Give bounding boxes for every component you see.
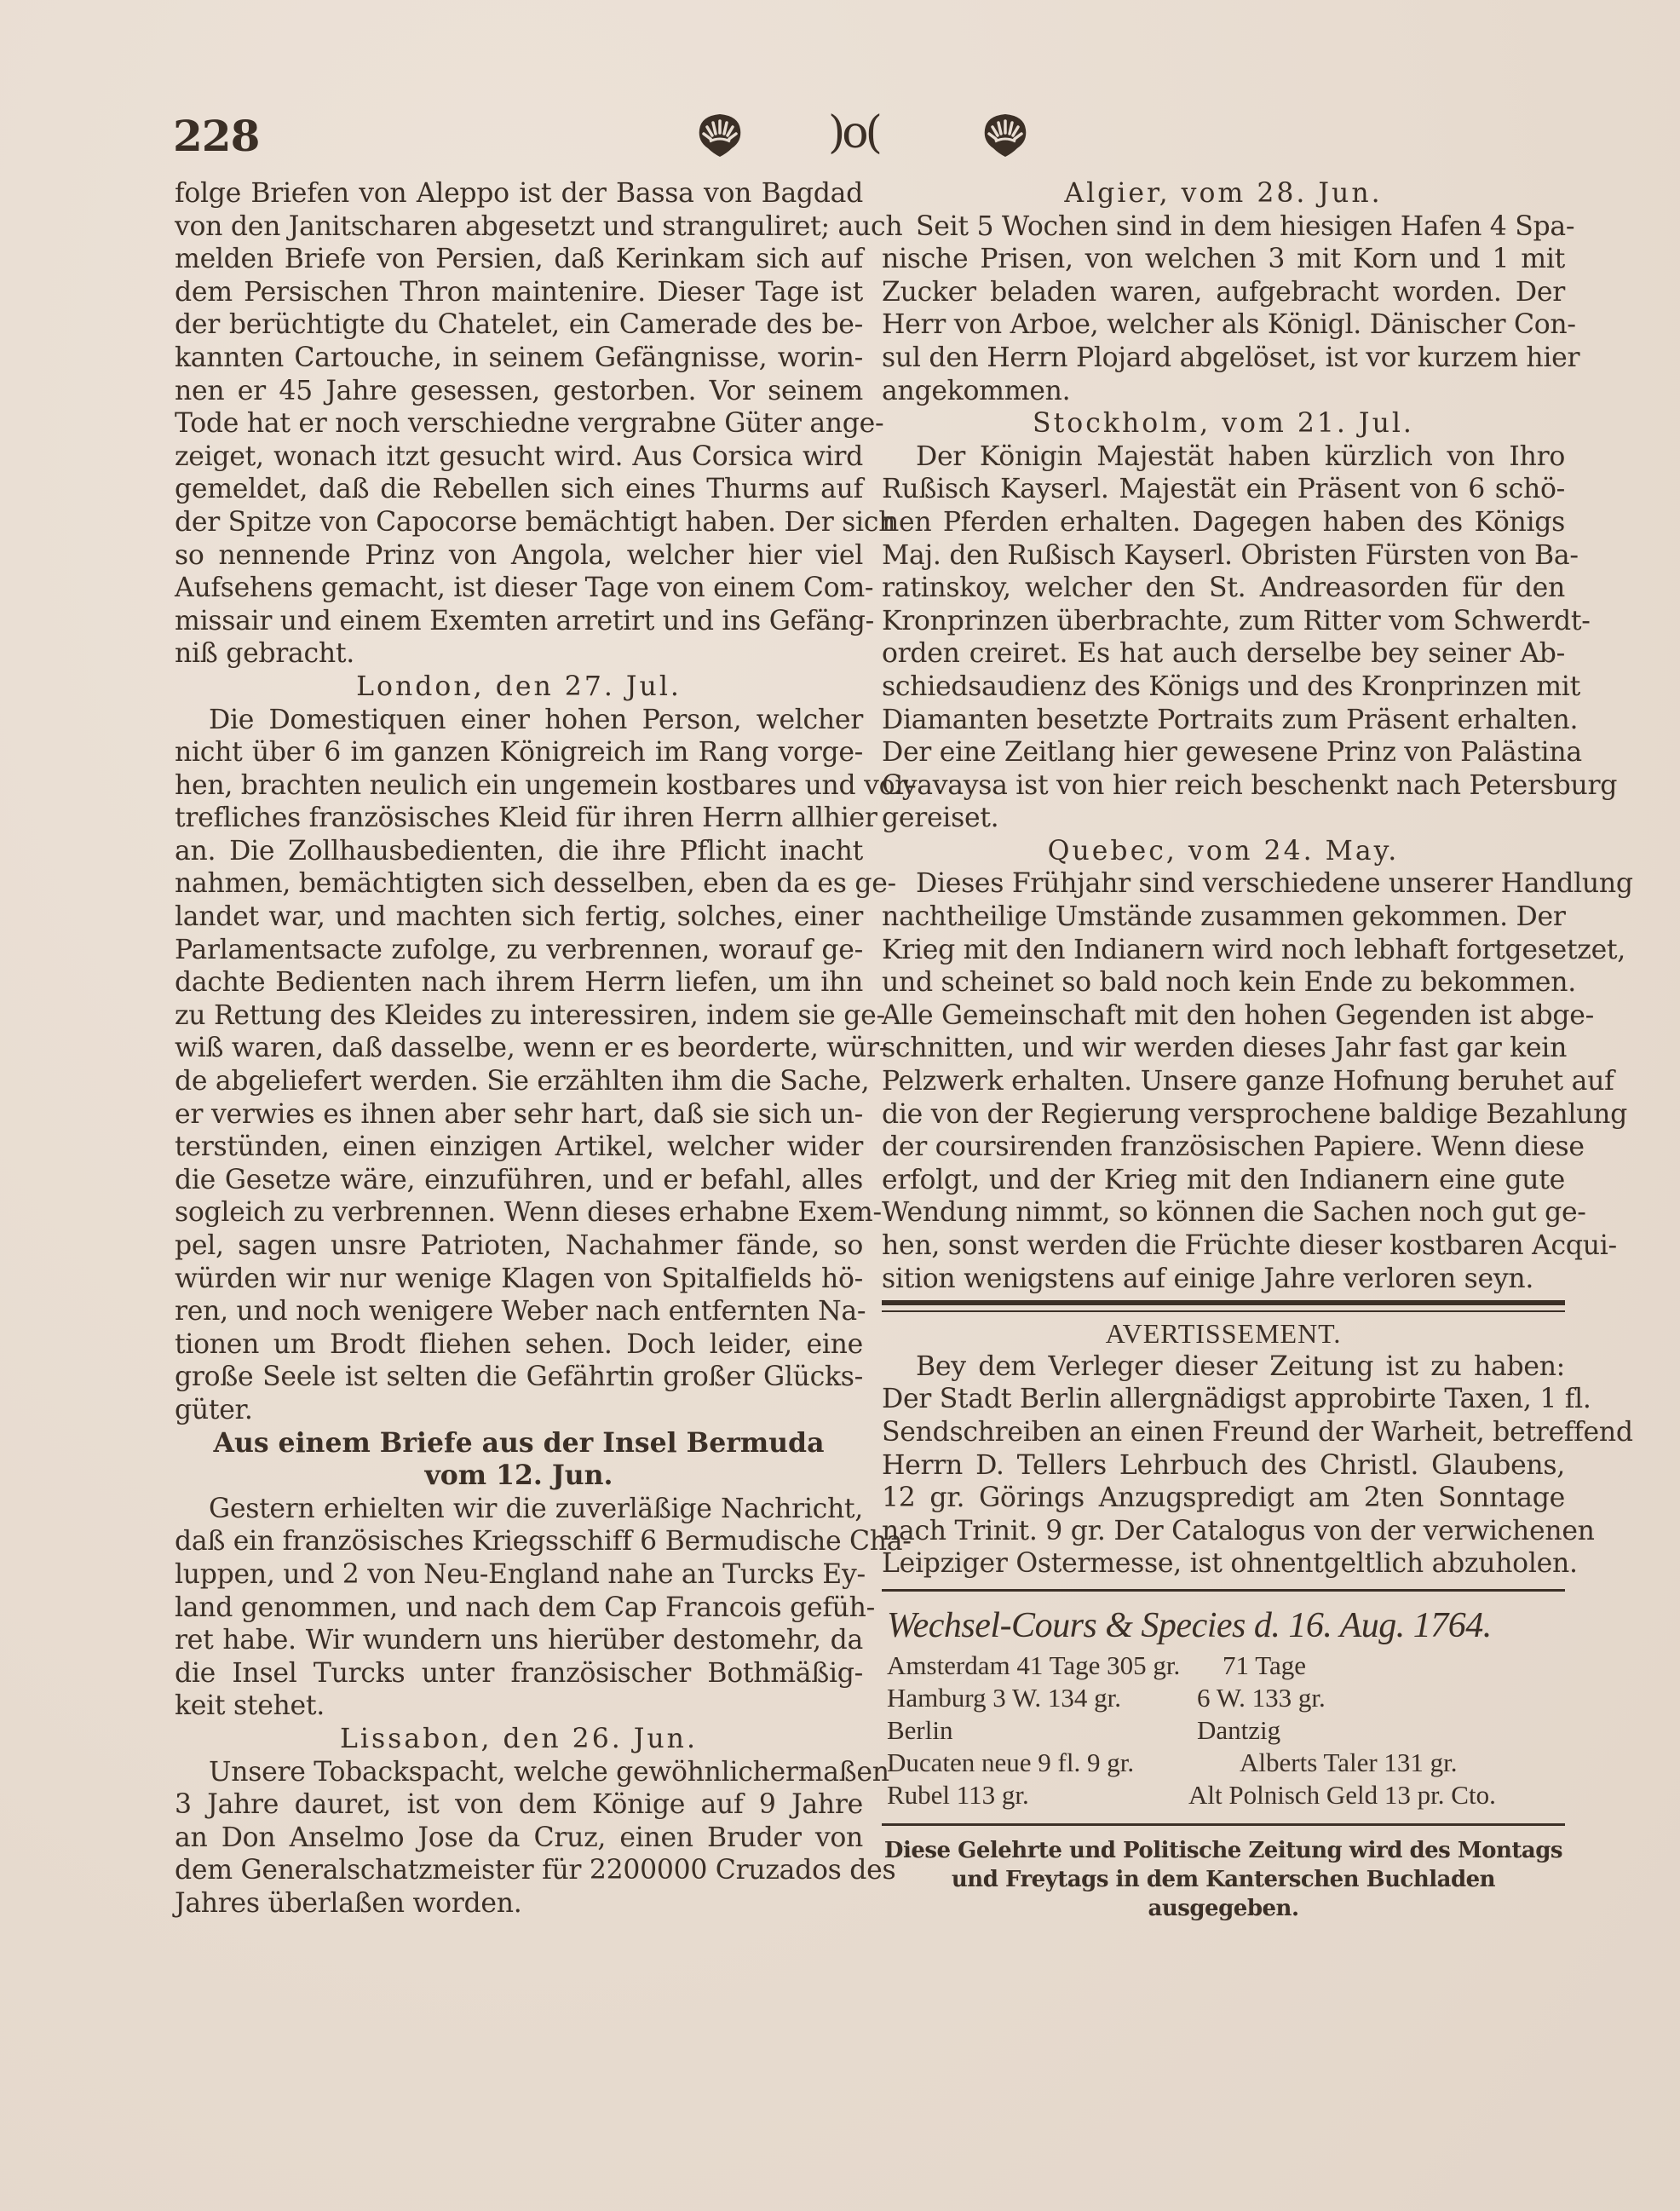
text-line: der Spitze von Capocorse bemächtigt habe…	[175, 506, 863, 539]
text-line: ren, und noch wenigere Weber nach entfer…	[175, 1295, 863, 1328]
text-line: zu Rettung des Kleides zu interessiren, …	[175, 999, 863, 1033]
text-line: Der Stadt Berlin allergnädigst approbirt…	[882, 1383, 1565, 1416]
exchange-row: Ducaten neue 9 fl. 9 gr.Alberts Taler 13…	[882, 1747, 1565, 1779]
advertisement-body: Bey dem Verleger dieser Zeitung ist zu h…	[882, 1350, 1565, 1581]
exchange-row: Rubel 113 gr.Alt Polnisch Geld 13 pr. Ct…	[882, 1779, 1565, 1811]
text-line: sition wenigstens auf einige Jahre verlo…	[882, 1263, 1565, 1296]
text-line: Seit 5 Wochen sind in dem hiesigen Hafen…	[882, 210, 1565, 244]
text-line: von den Janitscharen abgesetzt und stran…	[175, 210, 863, 244]
text-line: ret habe. Wir wundern uns hierüber desto…	[175, 1624, 863, 1657]
divider	[882, 1823, 1565, 1826]
text-line: melden Briefe von Persien, daß Kerinkam …	[175, 243, 863, 276]
advertisement-title: AVERTISSEMENT.	[882, 1317, 1565, 1350]
text-line: folge Briefen von Aleppo ist der Bassa v…	[175, 177, 863, 210]
text-line: die Gesetze wäre, einzuführen, und er be…	[175, 1164, 863, 1197]
text-line: erfolgt, und der Krieg mit den Indianern…	[882, 1164, 1565, 1197]
footer-line: ausgegeben.	[882, 1894, 1565, 1923]
text-line: Zucker beladen waren, aufgebracht worden…	[882, 276, 1565, 309]
exchange-left-cell: Hamburg 3 W. 134 gr.	[887, 1682, 1121, 1714]
dateline-heading: Aus einem Briefe aus der Insel Bermuda	[175, 1427, 863, 1460]
text-line: so nennende Prinz von Angola, welcher hi…	[175, 539, 863, 573]
text-line: angekommen.	[882, 375, 1565, 408]
text-line: Rußisch Kayserl. Majestät ein Präsent vo…	[882, 473, 1565, 506]
text-line: an Don Anselmo Jose da Cruz, einen Brude…	[175, 1822, 863, 1855]
text-line: Herrn D. Tellers Lehrbuch des Christl. G…	[882, 1449, 1565, 1483]
text-line: Sendschreiben an einen Freund der Warhei…	[882, 1416, 1565, 1449]
text-line: Kronprinzen überbrachte, zum Ritter vom …	[882, 605, 1565, 638]
dateline-heading: London, den 27. Jul.	[175, 671, 863, 704]
text-line: nen Pferden erhalten. Dagegen haben des …	[882, 506, 1565, 539]
exchange-left-cell: Berlin	[887, 1714, 953, 1747]
text-line: de abgeliefert werden. Sie erzählten ihm…	[175, 1065, 863, 1098]
text-line: die von der Regierung versprochene baldi…	[882, 1098, 1565, 1131]
text-line: Krieg mit den Indianern wird noch lebhaf…	[882, 934, 1565, 967]
text-line: terstünden, einen einzigen Artikel, welc…	[175, 1131, 863, 1164]
center-ornament: )o(	[828, 111, 879, 155]
text-line: gereiset.	[882, 802, 1565, 835]
text-line: Jahres überlaßen worden.	[175, 1887, 863, 1920]
text-line: schiedsaudienz des Königs und des Kronpr…	[882, 671, 1565, 704]
dateline-heading: Stockholm, vom 21. Jul.	[882, 407, 1565, 440]
right-column: Algier, vom 28. Jun.Seit 5 Wochen sind i…	[882, 177, 1565, 1923]
text-line: Bey dem Verleger dieser Zeitung ist zu h…	[882, 1350, 1565, 1384]
text-line: nen er 45 Jahre gesessen, gestorben. Vor…	[175, 375, 863, 408]
text-line: große Seele ist selten die Gefährtin gro…	[175, 1361, 863, 1394]
shell-ornament-icon	[980, 111, 1031, 160]
text-line: dachte Bedienten nach ihrem Herrn liefen…	[175, 966, 863, 999]
left-column: folge Briefen von Aleppo ist der Bassa v…	[175, 177, 863, 1920]
text-line: missair und einem Exemten arretirt und i…	[175, 605, 863, 638]
page-number: 228	[173, 111, 259, 161]
exchange-left-cell: Amsterdam 41 Tage 305 gr.	[887, 1650, 1180, 1682]
text-line: ratinskoy, welcher den St. Andreasorden …	[882, 572, 1565, 605]
text-line: er verwies es ihnen aber sehr hart, daß …	[175, 1098, 863, 1131]
exchange-right-cell: 6 W. 133 gr.	[1197, 1682, 1326, 1714]
exchange-right-cell: Dantzig	[1197, 1714, 1280, 1747]
text-line: Diamanten besetzte Portraits zum Präsent…	[882, 704, 1565, 737]
text-line: orden creiret. Es hat auch derselbe bey …	[882, 637, 1565, 671]
text-line: Die Domestiquen einer hohen Person, welc…	[175, 704, 863, 737]
text-line: nach Trinit. 9 gr. Der Catalogus von der…	[882, 1515, 1565, 1548]
text-line: Unsere Tobackspacht, welche gewöhnlicher…	[175, 1756, 863, 1789]
text-line: 12 gr. Görings Anzugspredigt am 2ten Son…	[882, 1482, 1565, 1515]
text-line: Gestern erhielten wir die zuverläßige Na…	[175, 1493, 863, 1526]
text-line: tionen um Brodt fliehen sehen. Doch leid…	[175, 1328, 863, 1362]
text-line: wiß waren, daß dasselbe, wenn er es beor…	[175, 1032, 863, 1065]
text-line: der berüchtigte du Chatelet, ein Camerad…	[175, 308, 863, 342]
text-line: hen, brachten neulich ein ungemein kostb…	[175, 769, 863, 803]
text-line: nische Prisen, von welchen 3 mit Korn un…	[882, 243, 1565, 276]
text-line: die Insel Turcks unter französischer Bot…	[175, 1657, 863, 1690]
text-line: Der eine Zeitlang hier gewesene Prinz vo…	[882, 736, 1565, 769]
exchange-right-cell: Alt Polnisch Geld 13 pr. Cto.	[1188, 1779, 1496, 1811]
dateline-heading: Algier, vom 28. Jun.	[882, 177, 1565, 210]
divider	[882, 1589, 1565, 1592]
news-section: Algier, vom 28. Jun.Seit 5 Wochen sind i…	[882, 177, 1565, 1295]
text-line: pel, sagen unsre Patrioten, Nachahmer fä…	[175, 1229, 863, 1263]
text-line: Aufsehens gemacht, ist dieser Tage von e…	[175, 572, 863, 605]
text-line: Wendung nimmt, so können die Sachen noch…	[882, 1196, 1565, 1229]
footer-line: Diese Gelehrte und Politische Zeitung wi…	[882, 1836, 1565, 1865]
text-line: sogleich zu verbrennen. Wenn dieses erha…	[175, 1196, 863, 1229]
footer-line: und Freytags in dem Kanterschen Buchlade…	[882, 1865, 1565, 1894]
text-line: schnitten, und wir werden dieses Jahr fa…	[882, 1032, 1565, 1065]
text-line: zeiget, wonach itzt gesucht wird. Aus Co…	[175, 440, 863, 474]
exchange-row: Hamburg 3 W. 134 gr.6 W. 133 gr.	[882, 1682, 1565, 1714]
text-line: hen, sonst werden die Früchte dieser kos…	[882, 1229, 1565, 1263]
text-line: niß gebracht.	[175, 637, 863, 671]
text-line: Pelzwerk erhalten. Unsere ganze Hofnung …	[882, 1065, 1565, 1098]
text-line: Herr von Arboe, welcher als Königl. Däni…	[882, 308, 1565, 342]
shell-ornament-icon	[694, 111, 745, 160]
exchange-left-cell: Rubel 113 gr.	[887, 1779, 1029, 1811]
text-line: an. Die Zollhausbedienten, die ihre Pfli…	[175, 835, 863, 868]
text-line: güter.	[175, 1394, 863, 1427]
exchange-row: BerlinDantzig	[882, 1714, 1565, 1747]
text-line: und scheinet so bald noch kein Ende zu b…	[882, 966, 1565, 999]
text-line: gemeldet, daß die Rebellen sich eines Th…	[175, 473, 863, 506]
exchange-table: Amsterdam 41 Tage 305 gr.71 TageHamburg …	[882, 1650, 1565, 1811]
exchange-right-cell: Alberts Taler 131 gr.	[1240, 1747, 1458, 1779]
text-line: Leipziger Ostermesse, ist ohnentgeltlich…	[882, 1547, 1565, 1581]
text-line: würden wir nur wenige Klagen von Spitalf…	[175, 1263, 863, 1296]
text-line: Parlamentsacte zufolge, zu verbrennen, w…	[175, 934, 863, 967]
text-line: Tode hat er noch verschiedne vergrabne G…	[175, 407, 863, 440]
text-line: der coursirenden französischen Papiere. …	[882, 1131, 1565, 1164]
dateline-heading: Quebec, vom 24. May.	[882, 835, 1565, 868]
exchange-left-cell: Ducaten neue 9 fl. 9 gr.	[887, 1747, 1134, 1779]
text-line: luppen, und 2 von Neu-England nahe an Tu…	[175, 1558, 863, 1592]
text-line: dem Generalschatzmeister für 2200000 Cru…	[175, 1854, 863, 1887]
text-line: nachtheilige Umstände zusammen gekommen.…	[882, 901, 1565, 934]
exchange-row: Amsterdam 41 Tage 305 gr.71 Tage	[882, 1650, 1565, 1682]
dateline-heading: Lissabon, den 26. Jun.	[175, 1723, 863, 1756]
section-divider	[882, 1300, 1565, 1312]
dateline-heading: vom 12. Jun.	[175, 1460, 863, 1493]
text-line: Alle Gemeinschaft mit den hohen Gegenden…	[882, 999, 1565, 1033]
text-line: trefliches französisches Kleid für ihren…	[175, 802, 863, 835]
exchange-title: Wechsel-Cours & Species d. 16. Aug. 1764…	[882, 1602, 1565, 1650]
text-line: Cyavaysa ist von hier reich beschenkt na…	[882, 769, 1565, 803]
text-line: daß ein französisches Kriegsschiff 6 Ber…	[175, 1525, 863, 1558]
text-line: Der Königin Majestät haben kürzlich von …	[882, 440, 1565, 474]
text-line: Maj. den Rußisch Kayserl. Obristen Fürst…	[882, 539, 1565, 573]
text-line: kannten Cartouche, in seinem Gefängnisse…	[175, 342, 863, 375]
text-line: keit stehet.	[175, 1690, 863, 1723]
footer-note: Diese Gelehrte und Politische Zeitung wi…	[882, 1836, 1565, 1923]
text-line: land genommen, und nach dem Cap Francois…	[175, 1592, 863, 1625]
text-line: sul den Herrn Plojard abgelöset, ist vor…	[882, 342, 1565, 375]
text-line: nicht über 6 im ganzen Königreich im Ran…	[175, 736, 863, 769]
exchange-right-cell: 71 Tage	[1223, 1650, 1306, 1682]
text-line: nahmen, bemächtigten sich desselben, ebe…	[175, 867, 863, 901]
text-line: 3 Jahre dauret, ist von dem Könige auf 9…	[175, 1788, 863, 1822]
text-line: Dieses Frühjahr sind verschiedene unsere…	[882, 867, 1565, 901]
text-line: landet war, und machten sich fertig, sol…	[175, 901, 863, 934]
text-line: dem Persischen Thron maintenire. Dieser …	[175, 276, 863, 309]
